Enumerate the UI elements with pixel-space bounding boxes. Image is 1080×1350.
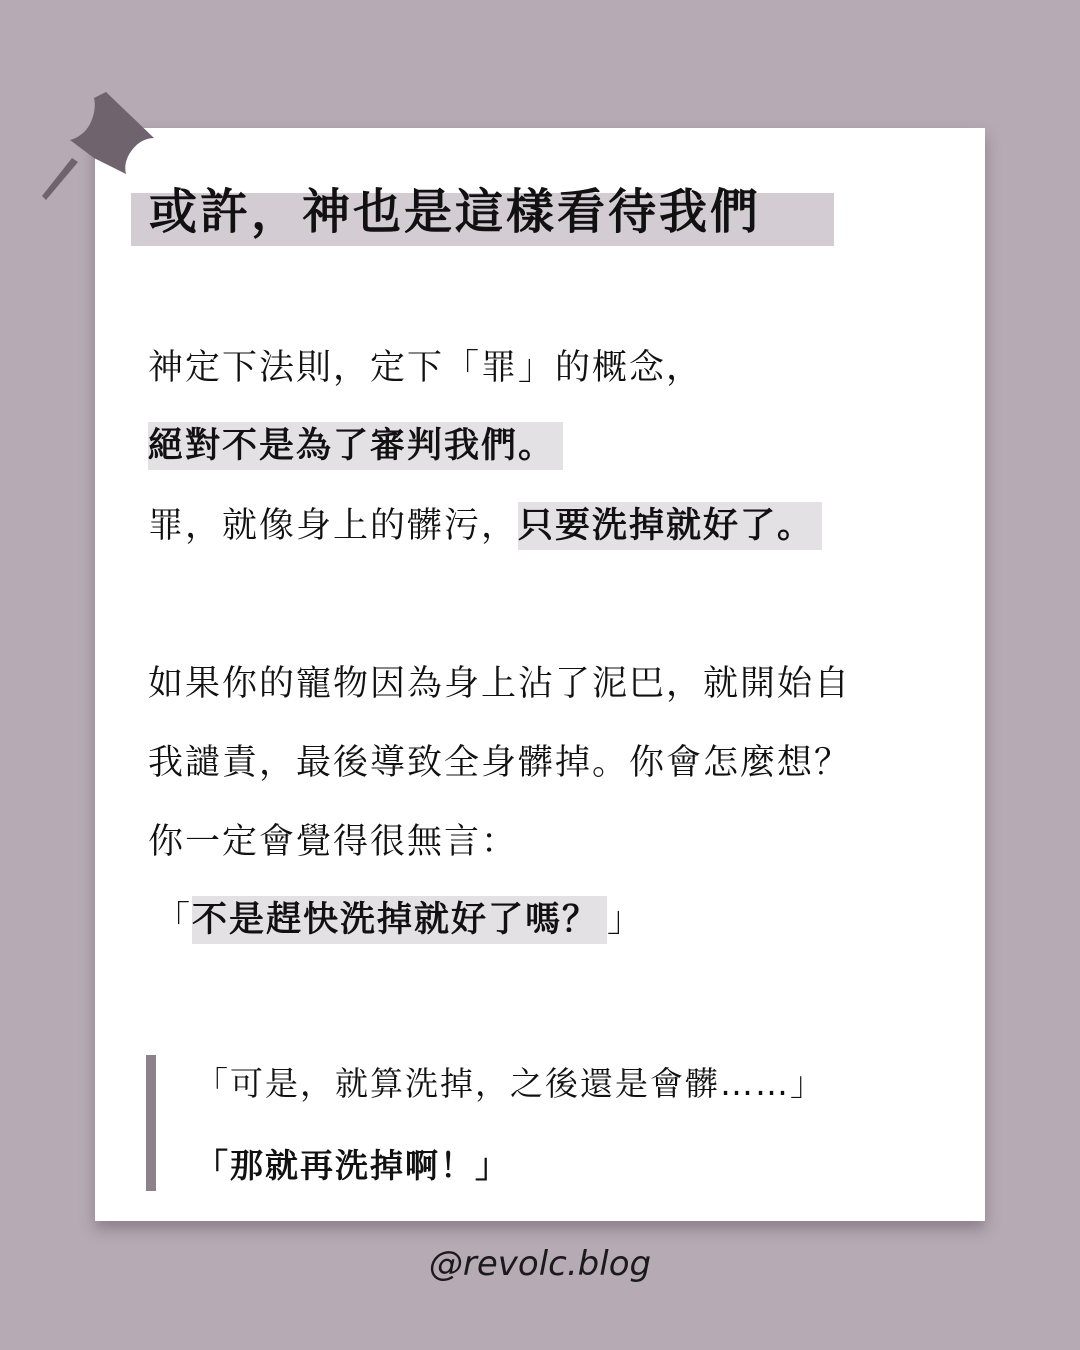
highlight-text: 不是趕快洗掉就好了嗎？ [192,896,607,944]
note-card: 或許，神也是這樣看待我們 神定下法則，定下「罪」的概念， 絕對不是為了審判我們。… [95,128,985,1221]
section2-line1: 如果你的寵物因為身上沾了泥巴，就開始自 [148,658,851,710]
quote-line-1: 「可是，就算洗掉，之後還是會髒……」 [195,1058,825,1105]
section2-line3: 你一定會覺得很無言： [148,816,518,868]
highlight-text: 只要洗掉就好了。 [518,502,822,550]
page-title: 或許，神也是這樣看待我們 [149,173,761,242]
section1-line2: 絕對不是為了審判我們。 [148,420,563,472]
title-block: 或許，神也是這樣看待我們 [131,193,743,262]
pushpin-icon [38,88,158,200]
quote-line-2: 「那就再洗掉啊！」 [195,1140,510,1187]
section2-line4: 「不是趕快洗掉就好了嗎？」 [155,894,644,946]
blockquote-bar [146,1055,156,1191]
section2-line2: 我譴責，最後導致全身髒掉。你會怎麼想？ [148,737,851,789]
close-bracket: 」 [607,900,644,940]
highlight-text: 絕對不是為了審判我們。 [148,422,563,470]
open-bracket: 「 [155,900,192,940]
blog-handle: @revolc.blog [0,1244,1080,1284]
section1-line3: 罪，就像身上的髒污，只要洗掉就好了。 [148,500,822,552]
section1-line1: 神定下法則，定下「罪」的概念， [148,342,703,394]
plain-text: 罪，就像身上的髒污， [148,506,518,546]
